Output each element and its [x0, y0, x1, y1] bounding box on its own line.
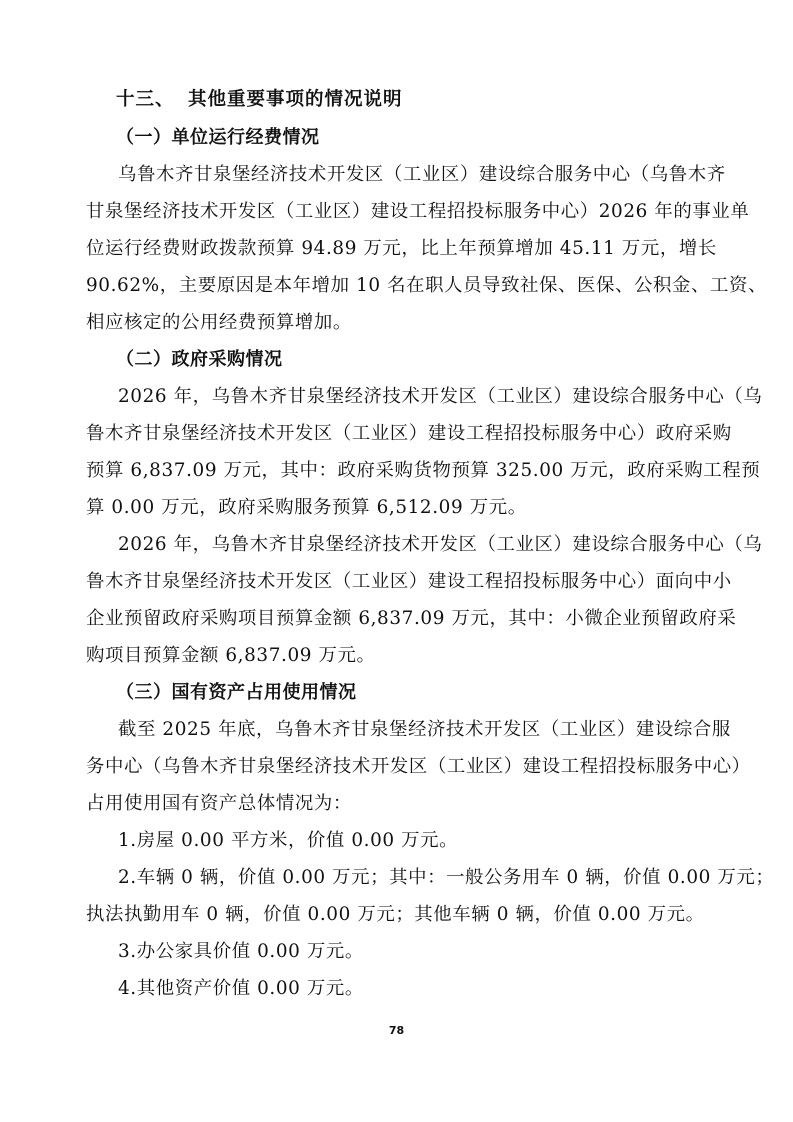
paragraph-line: 购项目预算金额 6,837.09 万元。 — [86, 644, 711, 668]
paragraph-line: 2026 年，乌鲁木齐甘泉堡经济技术开发区（工业区）建设综合服务中心（乌 — [118, 385, 711, 409]
list-item: 2.车辆 0 辆，价值 0.00 万元；其中：一般公务用车 0 辆，价值 0.0… — [118, 866, 711, 890]
paragraph-line: 占用使用国有资产总体情况为： — [86, 792, 711, 816]
paragraph-line: 乌鲁木齐甘泉堡经济技术开发区（工业区）建设综合服务中心（乌鲁木齐 — [118, 163, 711, 187]
section-number: 十三、 — [116, 88, 188, 112]
paragraph-line: 90.62%，主要原因是本年增加 10 名在职人员导致社保、医保、公积金、工资、 — [86, 274, 711, 298]
list-item: 3.办公家具价值 0.00 万元。 — [118, 940, 711, 964]
list-item-continuation: 执法执勤用车 0 辆，价值 0.00 万元；其他车辆 0 辆，价值 0.00 万… — [86, 903, 711, 927]
list-item: 1.房屋 0.00 平方米，价值 0.00 万元。 — [118, 829, 711, 853]
section-heading: 十三、其他重要事项的情况说明 — [116, 88, 741, 112]
paragraph-line: 预算 6,837.09 万元，其中：政府采购货物预算 325.00 万元，政府采… — [86, 459, 711, 483]
subsection-heading-state-assets: （三）国有资产占用使用情况 — [116, 681, 741, 705]
subsection-heading-procurement: （二）政府采购情况 — [116, 348, 741, 372]
paragraph-line: 算 0.00 万元，政府采购服务预算 6,512.09 万元。 — [86, 496, 711, 520]
list-item: 4.其他资产价值 0.00 万元。 — [118, 977, 711, 1001]
paragraph-line: 鲁木齐甘泉堡经济技术开发区（工业区）建设工程招投标服务中心）政府采购 — [86, 422, 711, 446]
paragraph-line: 鲁木齐甘泉堡经济技术开发区（工业区）建设工程招投标服务中心）面向中小 — [86, 570, 711, 594]
paragraph-line: 企业预留政府采购项目预算金额 6,837.09 万元，其中：小微企业预留政府采 — [86, 607, 711, 631]
paragraph-line: 甘泉堡经济技术开发区（工业区）建设工程招投标服务中心）2026 年的事业单 — [86, 200, 711, 224]
paragraph-line: 相应核定的公用经费预算增加。 — [86, 311, 711, 335]
page-number: 78 — [0, 1024, 793, 1037]
paragraph-line: 务中心（乌鲁木齐甘泉堡经济技术开发区（工业区）建设工程招投标服务中心） — [86, 755, 711, 779]
paragraph-line: 2026 年，乌鲁木齐甘泉堡经济技术开发区（工业区）建设综合服务中心（乌 — [118, 533, 711, 557]
subsection-heading-operating-costs: （一）单位运行经费情况 — [116, 126, 741, 150]
document-page: 十三、其他重要事项的情况说明 （一）单位运行经费情况 乌鲁木齐甘泉堡经济技术开发… — [0, 0, 793, 1122]
section-title: 其他重要事项的情况说明 — [188, 89, 403, 110]
paragraph-line: 截至 2025 年底，乌鲁木齐甘泉堡经济技术开发区（工业区）建设综合服 — [118, 718, 711, 742]
paragraph-line: 位运行经费财政拨款预算 94.89 万元，比上年预算增加 45.11 万元，增长 — [86, 237, 711, 261]
